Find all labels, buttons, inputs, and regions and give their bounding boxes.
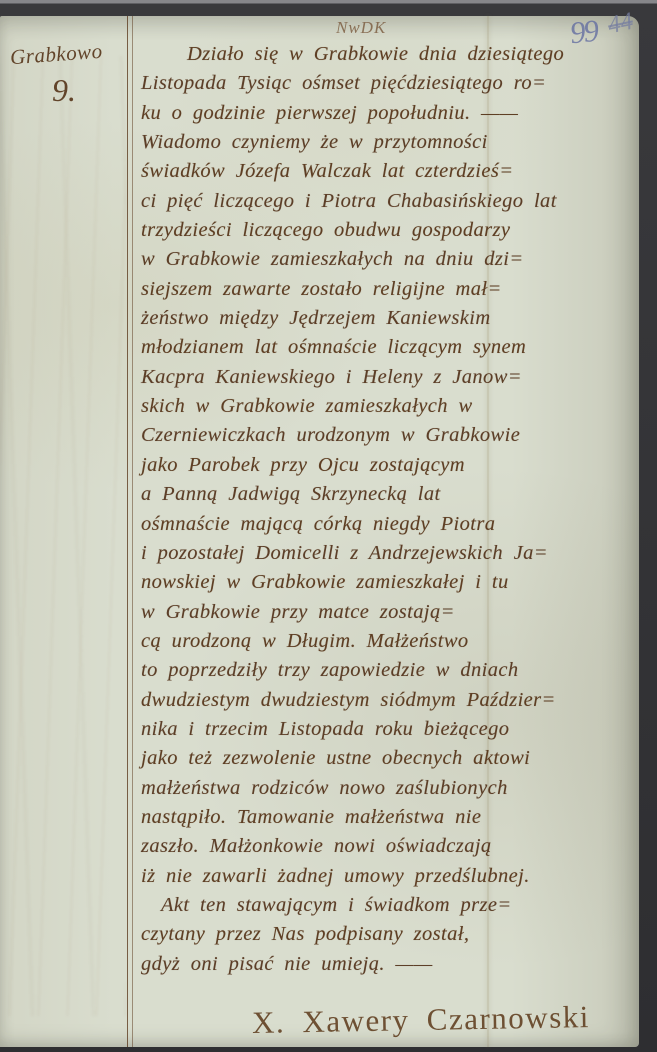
body-text: Działo się w Grabkowie dnia dziesiątegoL… (141, 40, 639, 979)
handwritten-line: młodzianem lat ośmnaście liczącym synem (141, 333, 639, 362)
handwritten-line: skich w Grabkowie zamieszkałych w (141, 392, 639, 421)
margin-act-number: 9. (52, 72, 76, 109)
handwritten-line: w Grabkowie zamieszkałych na dniu dzi= (141, 245, 639, 274)
handwritten-line: czytany przez Nas podpisany został, (141, 920, 639, 949)
handwritten-line: małżeństwa rodziców nowo zaślubionych (141, 774, 639, 803)
handwritten-line: dwudziestym dwudziestym siódmym Paździer… (141, 686, 639, 715)
handwritten-line: Akt ten stawającym i świadkom prze= (141, 891, 639, 920)
handwritten-line: Wiadomo czyniemy że w przytomności (141, 128, 639, 157)
handwritten-line: to poprzedziły trzy zapowiedzie w dniach (141, 656, 639, 685)
handwritten-line: w Grabkowie przy matce zostają= (141, 598, 639, 627)
handwritten-line: siejszem zawarte zostało religijne mał= (141, 275, 639, 304)
photo-background: Grabkowo 9. NwDK 99 44 Działo się w Grab… (0, 0, 657, 1052)
handwritten-line: gdyż oni pisać nie umieją. —— (141, 950, 639, 979)
handwritten-line: zaszło. Małżonkowie nowi oświadczają (141, 832, 639, 861)
margin-place-name: Grabkowo (9, 39, 103, 70)
priest-signature: X. Xawery Czarnowski (252, 999, 590, 1041)
handwritten-line: a Panną Jadwigą Skrzynecką lat (141, 480, 639, 509)
page-number-crossed-out: 44 (605, 8, 635, 41)
handwritten-line: ośmnaście mającą córką niegdy Piotra (141, 510, 639, 539)
handwritten-line: i pozostałej Domicelli z Andrzejewskich … (141, 539, 639, 568)
handwritten-line: jako Parobek przy Ojcu zostającym (141, 451, 639, 480)
handwritten-line: ci pięć liczącego i Piotra Chabasińskieg… (141, 187, 639, 216)
ink-bleed-through-texture (0, 56, 126, 1016)
handwritten-line: Działo się w Grabkowie dnia dziesiątego (141, 40, 639, 69)
handwritten-line: nika i trzecim Listopada roku bieżącego (141, 715, 639, 744)
handwritten-line: Kacpra Kaniewskiego i Heleny z Janow= (141, 363, 639, 392)
handwritten-line: żeństwo między Jędrzejem Kaniewskim (141, 304, 639, 333)
faded-archival-mark: NwDK (336, 18, 386, 38)
document-page: Grabkowo 9. NwDK 99 44 Działo się w Grab… (0, 16, 639, 1047)
handwritten-line: Listopada Tysiąc ośmset pięćdziesiątego … (141, 69, 639, 98)
handwritten-line: nowskiej w Grabkowie zamieszkałej i tu (141, 568, 639, 597)
handwritten-line: cą urodzoną w Długim. Małżeństwo (141, 627, 639, 656)
margin-rule-line (127, 16, 133, 1047)
handwritten-line: iż nie zawarli żadnej umowy przedślubnej… (141, 862, 639, 891)
handwritten-line: świadków Józefa Walczak lat czterdzieś= (141, 157, 639, 186)
handwritten-line: ku o godzinie pierwszej popołudniu. —— (141, 99, 639, 128)
handwritten-line: Czerniewiczkach urodzonym w Grabkowie (141, 421, 639, 450)
handwritten-line: jako też zezwolenie ustne obecnych aktow… (141, 744, 639, 773)
handwritten-line: trzydzieści liczącego obudwu gospodarzy (141, 216, 639, 245)
handwritten-line: nastąpiło. Tamowanie małżeństwa nie (141, 803, 639, 832)
